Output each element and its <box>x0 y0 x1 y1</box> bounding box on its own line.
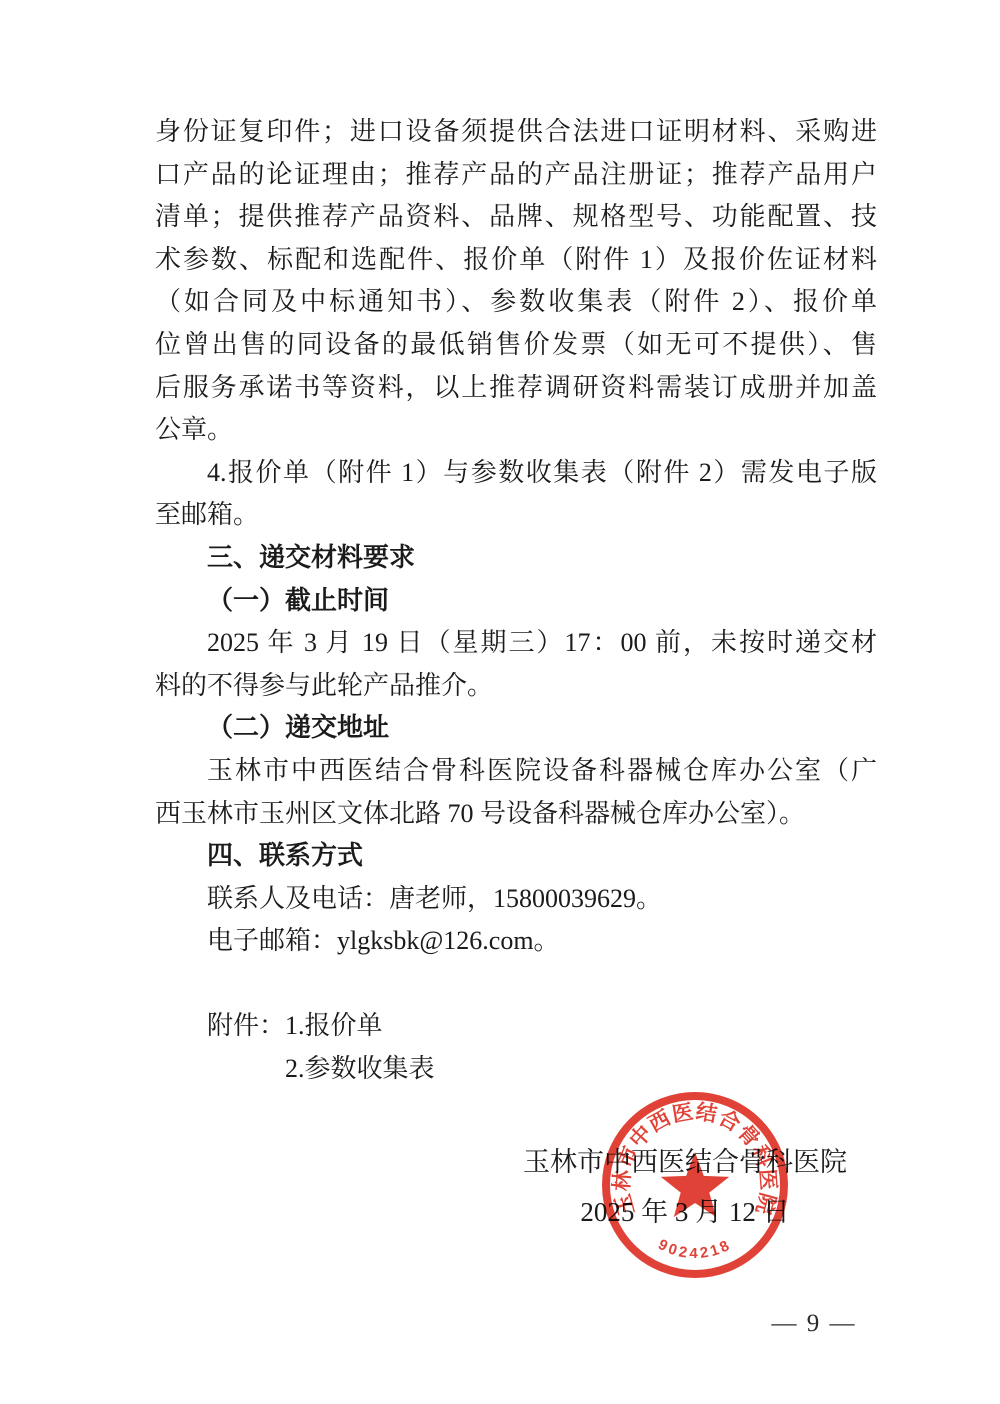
text-line: 西玉林市玉州区文体北路 70 号设备科器械仓库办公室）。 <box>155 793 877 836</box>
contact-email-line: 电子邮箱：ylgksbk@126.com。 <box>155 920 877 963</box>
subsection-heading-delivery-address: （二）递交地址 <box>155 707 877 750</box>
attachment-line-2: 2.参数收集表 <box>155 1048 877 1091</box>
text-line: 至邮箱。 <box>155 494 877 537</box>
text-line: 后服务承诺书等资料，以上推荐调研资料需装订成册并加盖 <box>155 367 877 410</box>
page-number: — 9 — <box>758 1310 870 1338</box>
text-line: 料的不得参与此轮产品推介。 <box>155 665 877 708</box>
section-heading-delivery-requirements: 三、递交材料要求 <box>155 537 877 580</box>
signature-organization: 玉林市中西医结合骨科医院 <box>495 1137 875 1187</box>
section-heading-contact: 四、联系方式 <box>155 835 877 878</box>
signature-date: 2025 年 3 月 12 日 <box>495 1187 875 1237</box>
text-line: 口产品的论证理由；推荐产品的产品注册证；推荐产品用户 <box>155 154 877 197</box>
text-line: （如合同及中标通知书）、参数收集表（附件 2）、报价单 <box>155 281 877 324</box>
attachment-line-1: 附件：1.报价单 <box>155 1005 877 1048</box>
text-line: 4.报价单（附件 1）与参数收集表（附件 2）需发电子版 <box>155 452 877 495</box>
contact-phone-line: 联系人及电话：唐老师，15800039629。 <box>155 878 877 921</box>
text-line: 清单；提供推荐产品资料、品牌、规格型号、功能配置、技 <box>155 196 877 239</box>
signature-block: 玉林市中西医结合骨科医院 2025 年 3 月 12 日 <box>495 1137 875 1237</box>
text-line: 玉林市中西医结合骨科医院设备科器械仓库办公室（广 <box>155 750 877 793</box>
text-line: 术参数、标配和选配件、报价单（附件 1）及报价佐证材料 <box>155 239 877 282</box>
subsection-heading-deadline: （一）截止时间 <box>155 580 877 623</box>
blank-line <box>155 963 877 1006</box>
text-line: 2025 年 3 月 19 日（星期三）17：00 前，未按时递交材 <box>155 622 877 665</box>
text-line: 身份证复印件；进口设备须提供合法进口证明材料、采购进 <box>155 111 877 154</box>
text-line: 位曾出售的同设备的最低销售价发票（如无可不提供）、售 <box>155 324 877 367</box>
document-body: 身份证复印件；进口设备须提供合法进口证明材料、采购进 口产品的论证理由；推荐产品… <box>155 111 877 1237</box>
document-page: { "page": { "background": "#ffffff", "te… <box>0 0 1000 1404</box>
text-line: 公章。 <box>155 409 877 452</box>
